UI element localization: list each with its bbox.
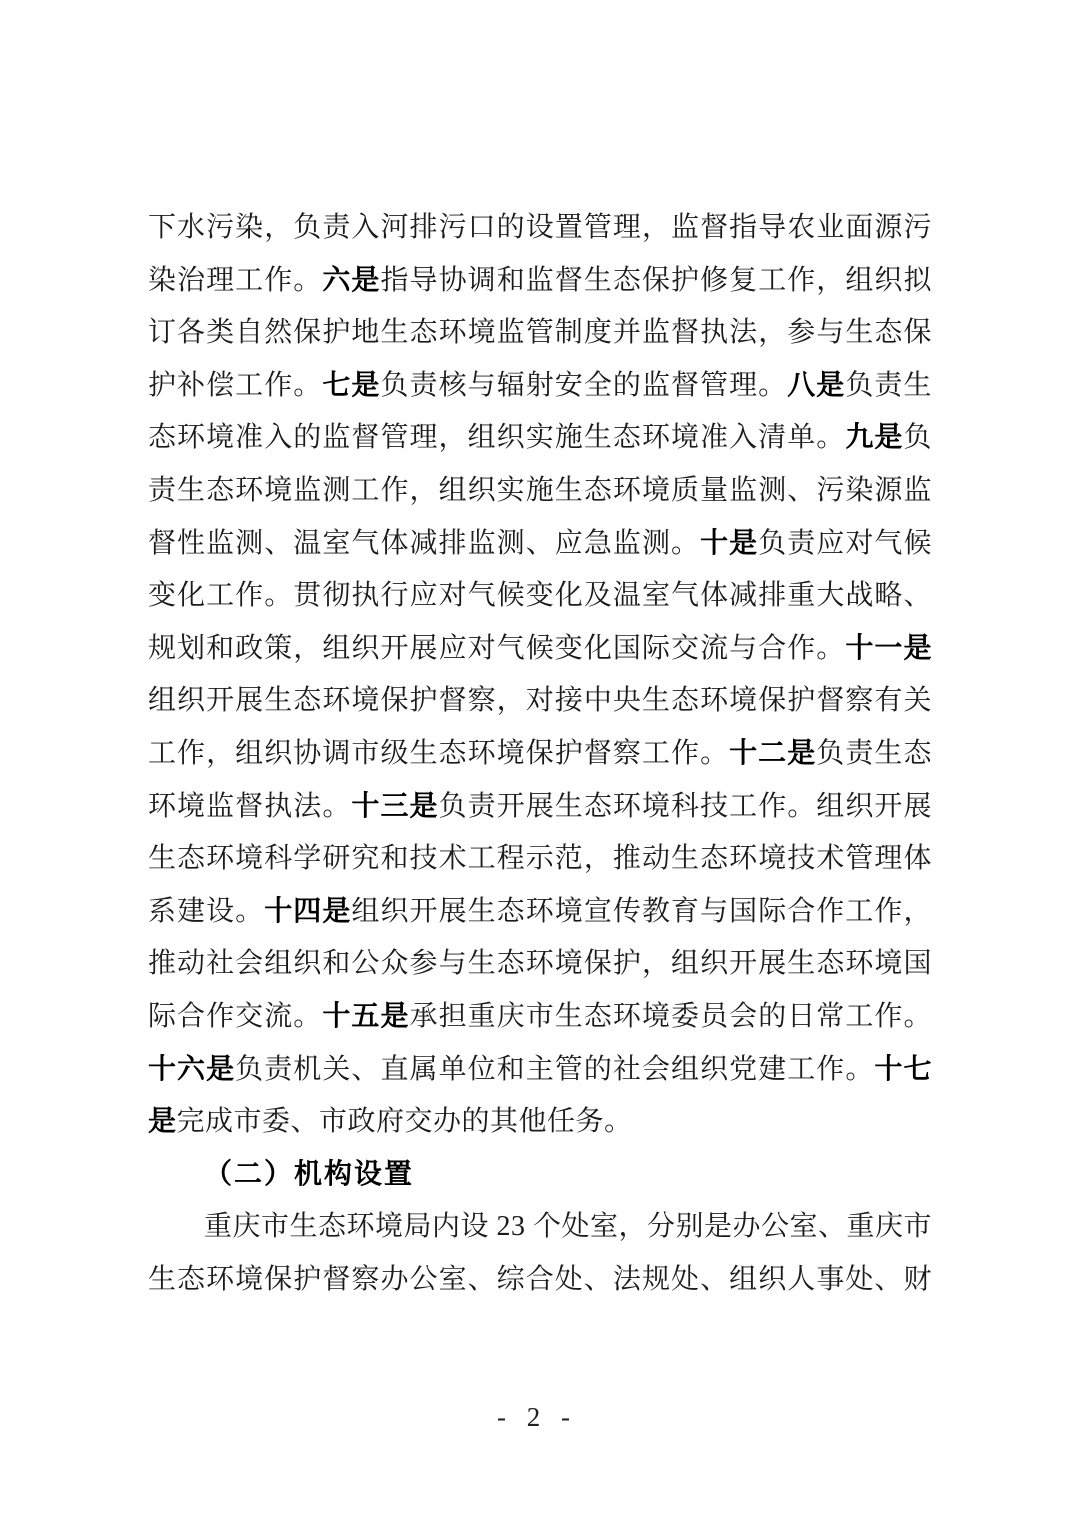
text-run: 负 <box>903 422 932 453</box>
text-block: 下水污染，负责入河排污口的设置管理，监督指导农业面源污染治理工作。六是指导协调和… <box>148 202 932 1306</box>
text-run: 态环境准入的监督管理，组织实施生态环境准入清单。 <box>148 422 845 453</box>
document-page: 下水污染，负责入河排污口的设置管理，监督指导农业面源污染治理工作。六是指导协调和… <box>0 0 1069 1515</box>
text-line: 环境监督执法。十三是负责开展生态环境科技工作。组织开展 <box>148 781 932 834</box>
text-run: 工作，组织协调市级生态环境保护督察工作。 <box>148 738 729 769</box>
text-run: 环境监督执法。 <box>148 791 351 822</box>
text-run: 组织开展生态环境宣传教育与国际合作工作， <box>351 896 932 927</box>
text-run: 生态环境科学研究和技术工程示范，推动生态环境技术管理体 <box>148 843 932 874</box>
text-run: 负责机关、直属单位和主管的社会组织党建工作。 <box>235 1054 874 1085</box>
bold-text-run: 十三是 <box>351 791 438 822</box>
text-run: 规划和政策，组织开展应对气候变化国际交流与合作。 <box>148 633 845 664</box>
text-line: 责生态环境监测工作，组织实施生态环境质量监测、污染源监 <box>148 465 932 518</box>
text-line: 十六是负责机关、直属单位和主管的社会组织党建工作。十七 <box>148 1044 932 1097</box>
bold-text-run: 十七 <box>874 1054 932 1085</box>
text-line: 系建设。十四是组织开展生态环境宣传教育与国际合作工作， <box>148 886 932 939</box>
text-line: 生态环境科学研究和技术工程示范，推动生态环境技术管理体 <box>148 833 932 886</box>
bold-text-run: 十五是 <box>322 1001 409 1032</box>
text-line: 下水污染，负责入河排污口的设置管理，监督指导农业面源污 <box>148 202 932 255</box>
bold-text-run: 是 <box>148 1106 177 1137</box>
page-number: - 2 - <box>0 1402 1069 1433</box>
text-run: 负责开展生态环境科技工作。组织开展 <box>439 791 932 822</box>
text-run: 责生态环境监测工作，组织实施生态环境质量监测、污染源监 <box>148 475 932 506</box>
text-line: 护补偿工作。七是负责核与辐射安全的监督管理。八是负责生 <box>148 360 932 413</box>
text-run: 系建设。 <box>148 896 264 927</box>
text-line: 态环境准入的监督管理，组织实施生态环境准入清单。九是负 <box>148 412 932 465</box>
bold-text-run: 十是 <box>700 528 758 559</box>
bold-text-run: 十二是 <box>729 738 816 769</box>
bold-text-run: 十一是 <box>845 633 932 664</box>
text-line: 重庆市生态环境局内设 23 个处室，分别是办公室、重庆市 <box>148 1201 932 1254</box>
text-line: 际合作交流。十五是承担重庆市生态环境委员会的日常工作。 <box>148 991 932 1044</box>
bold-text-run: 十四是 <box>264 896 351 927</box>
text-run: 负责应对气候 <box>758 528 932 559</box>
text-run: 推动社会组织和公众参与生态环境保护，组织开展生态环境国 <box>148 948 932 979</box>
text-run: 护补偿工作。 <box>148 370 322 401</box>
bold-text-run: 十六是 <box>148 1054 235 1085</box>
text-run: 负责生 <box>845 370 932 401</box>
text-run: 督性监测、温室气体减排监测、应急监测。 <box>148 528 700 559</box>
bold-text-run: 九是 <box>845 422 903 453</box>
bold-text-run: 七是 <box>322 370 380 401</box>
text-run: 负责生态 <box>816 738 932 769</box>
section-heading: （二）机构设置 <box>148 1149 932 1202</box>
text-run: 负责核与辐射安全的监督管理。 <box>380 370 787 401</box>
text-line: 变化工作。贯彻执行应对气候变化及温室气体减排重大战略、 <box>148 570 932 623</box>
text-line: 督性监测、温室气体减排监测、应急监测。十是负责应对气候 <box>148 518 932 571</box>
text-line: 是完成市委、市政府交办的其他任务。 <box>148 1096 932 1149</box>
text-run: 下水污染，负责入河排污口的设置管理，监督指导农业面源污 <box>148 212 932 243</box>
text-run: 完成市委、市政府交办的其他任务。 <box>177 1106 633 1137</box>
text-run: 变化工作。贯彻执行应对气候变化及温室气体减排重大战略、 <box>148 580 932 611</box>
text-line: 生态环境保护督察办公室、综合处、法规处、组织人事处、财 <box>148 1254 932 1307</box>
text-run: 生态环境保护督察办公室、综合处、法规处、组织人事处、财 <box>148 1264 932 1295</box>
text-line: 规划和政策，组织开展应对气候变化国际交流与合作。十一是 <box>148 623 932 676</box>
text-run: 重庆市生态环境局内设 23 个处室，分别是办公室、重庆市 <box>204 1211 932 1242</box>
text-run: 组织开展生态环境保护督察，对接中央生态环境保护督察有关 <box>148 685 932 716</box>
text-run: 承担重庆市生态环境委员会的日常工作。 <box>410 1001 932 1032</box>
text-line: 染治理工作。六是指导协调和监督生态保护修复工作，组织拟 <box>148 255 932 308</box>
text-line: 工作，组织协调市级生态环境保护督察工作。十二是负责生态 <box>148 728 932 781</box>
text-run: 订各类自然保护地生态环境监管制度并监督执法，参与生态保 <box>148 317 932 348</box>
text-run: 际合作交流。 <box>148 1001 322 1032</box>
bold-text-run: （二）机构设置 <box>204 1159 414 1190</box>
text-line: 推动社会组织和公众参与生态环境保护，组织开展生态环境国 <box>148 938 932 991</box>
bold-text-run: 六是 <box>322 265 380 296</box>
text-run: 指导协调和监督生态保护修复工作，组织拟 <box>380 265 932 296</box>
text-run: 染治理工作。 <box>148 265 322 296</box>
text-line: 订各类自然保护地生态环境监管制度并监督执法，参与生态保 <box>148 307 932 360</box>
bold-text-run: 八是 <box>787 370 845 401</box>
text-line: 组织开展生态环境保护督察，对接中央生态环境保护督察有关 <box>148 675 932 728</box>
